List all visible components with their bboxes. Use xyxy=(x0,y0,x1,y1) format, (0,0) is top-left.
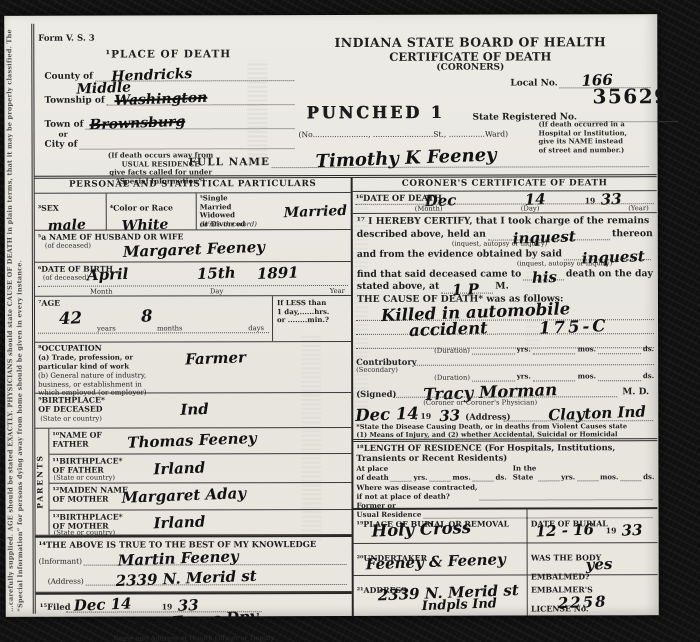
informant-address-handwriting: 2339 N. Merid st xyxy=(115,567,257,590)
dob-month-handwriting: April xyxy=(87,265,129,285)
certify-blank-inquest-1: inquest xyxy=(488,229,610,240)
town-blank: Brownsburg xyxy=(85,117,294,130)
mos-caption: mos. xyxy=(600,473,618,482)
embalmer-license-cell: EMBALMER'S LICENSE No. 2258 xyxy=(528,575,658,615)
dod-month-caption: (Month) xyxy=(415,205,443,213)
duration-blank xyxy=(472,372,515,381)
date-of-burial-handwriting: 12 - 16 xyxy=(535,520,594,540)
duration-blank xyxy=(598,372,641,381)
date-of-death-row: ¹⁶DATE OF DEATH Dec 14 19 33 (Month) (Da… xyxy=(353,191,657,214)
age-main-cell: ⁷AGE 42 years 8 months days xyxy=(35,296,273,342)
certify-line-5a: stated above, at xyxy=(357,281,439,294)
township-line: Township of Middle Washington xyxy=(44,93,296,106)
burial-grid: ¹⁹PLACE OF BURIAL OR REMOVAL Holy Cross … xyxy=(354,507,658,616)
embalmed-cell: WAS THE BODY EMBALMED? yes xyxy=(528,543,658,574)
in-state-label: In the State xyxy=(513,464,537,481)
duration-blank xyxy=(533,345,576,354)
birthplace-deceased-sublabel: (State or country) xyxy=(40,415,102,423)
duration-line-2: (Duration) yrs. mos. ds. xyxy=(356,372,654,382)
duration-caption-2: (Duration) xyxy=(434,373,470,381)
ds-caption: ds. xyxy=(643,346,654,355)
certificate-form: Form V. S. 3 ¹PLACE OF DEATH County of H… xyxy=(31,22,658,614)
personal-section-title: PERSONAL AND STATISTICAL PARTICULARS xyxy=(35,178,351,194)
age-years-handwriting: 42 xyxy=(59,308,83,328)
cause-handwriting-2: accident xyxy=(409,318,488,340)
informant-handwriting: Martin Feeney xyxy=(118,547,240,570)
certify-line-2: described above, held an inquest thereon xyxy=(357,228,653,241)
residence-blank xyxy=(577,473,598,481)
race-cell: ⁴Color or Race White xyxy=(107,193,197,229)
signed-block: (Signed) Tracy Morman M. D. (Coroner or … xyxy=(353,382,657,422)
occupation-row: ⁸OCCUPATION (a) Trade, profession, or pa… xyxy=(35,342,351,394)
place-of-burial-handwriting: Holy Cross xyxy=(371,518,471,541)
cause-line-2 xyxy=(356,333,654,335)
dod-day-caption: (Day) xyxy=(521,204,540,212)
signed-year-handwriting: 33 xyxy=(439,406,461,425)
place-of-burial-cell: ¹⁹PLACE OF BURIAL OR REMOVAL Holy Cross xyxy=(354,509,528,542)
informant-line: (Informant) Martin Feeney xyxy=(36,553,352,566)
embalmed-handwriting: yes xyxy=(586,555,613,574)
informant-blank: Martin Feeney xyxy=(84,553,347,566)
parents-vertical-label: PARENTS xyxy=(35,429,49,535)
undertaker-cell: ²⁰UNDERTAKER Feeney & Feeney xyxy=(354,543,528,574)
city-blank xyxy=(80,137,295,150)
burial-year-prefix: 19 xyxy=(606,526,617,535)
date-of-burial-cell: DATE OF BURIAL 12 - 16 19 33 xyxy=(528,509,658,542)
margin-instruction-note: …carefully supplied. AGE should be state… xyxy=(5,20,29,612)
dob-day-caption: Day xyxy=(210,287,223,295)
father-name-handwriting: Thomas Feeney xyxy=(127,429,257,452)
health-officer-caption: Name and Address of Health Officer or De… xyxy=(36,634,352,642)
residence-duration-line: At place of death yrs. mos. ds. In the S… xyxy=(353,464,657,482)
father-birthplace-sublabel: (State or country) xyxy=(53,474,115,482)
informant-address-blank: 2339 N. Merid st xyxy=(86,573,347,586)
contracted-blank xyxy=(479,491,652,500)
certify-line-1: ¹⁷ I HEREBY CERTIFY, that I took charge … xyxy=(357,215,653,228)
city-line: City of xyxy=(45,137,297,150)
sex-label: ³SEX xyxy=(38,204,59,213)
mos-caption: mos. xyxy=(452,473,470,482)
mother-maiden-handwriting: Margaret Aday xyxy=(121,484,246,507)
occupation-label: ⁸OCCUPATION xyxy=(38,344,102,353)
age-blank-line xyxy=(38,332,269,334)
duration-blank xyxy=(598,345,641,354)
date-of-birth-row: ⁶DATE OF BIRTH (of deceased) April 15th … xyxy=(35,262,351,297)
father-birthplace-label: ¹¹BIRTHPLACE* OF FATHER xyxy=(52,457,122,475)
residence-blank xyxy=(430,474,451,482)
residence-blank xyxy=(538,473,559,481)
spouse-sublabel: (of deceased) xyxy=(45,242,91,250)
duration-blank xyxy=(472,345,515,354)
certify-paragraph: ¹⁷ I HEREBY CERTIFY, that I took charge … xyxy=(353,213,657,306)
yrs-caption: yrs. xyxy=(517,373,531,382)
certify-line-5: stated above, at 1 P M. xyxy=(357,280,653,293)
embalmer-license-handwriting: 2258 xyxy=(558,592,608,612)
board-title: INDIANA STATE BOARD OF HEALTH xyxy=(294,34,646,50)
occupation-handwriting: Farmer xyxy=(185,348,246,368)
ds-caption: ds. xyxy=(643,372,654,381)
certify-line-4a: find that said deceased came to xyxy=(357,268,522,281)
violent-causes-footnote: *State the Disease Causing Death, or in … xyxy=(353,421,657,439)
filed-year-prefix: 19 xyxy=(162,602,173,611)
certify-line-2b: thereon xyxy=(612,228,653,241)
county-line: County of Hendricks xyxy=(44,69,296,82)
age-years-caption: years xyxy=(97,325,116,333)
spouse-label: ⁵a NAME OF HUSBAND OR WIFE xyxy=(38,232,184,241)
md-label: M. D. xyxy=(622,387,649,397)
coroners-certificate-section: CORONER'S CERTIFICATE OF DEATH ¹⁶DATE OF… xyxy=(353,177,658,616)
birthplace-deceased-row: ⁹BIRTHPLACE* OF DECEASED (State or count… xyxy=(35,393,351,429)
residence-blank xyxy=(473,474,494,482)
at-place-label: At place of death xyxy=(356,465,388,482)
marital-cell: ⁵Single Married Widowed or Divorced (Wri… xyxy=(197,193,351,229)
residence-blank xyxy=(391,474,412,482)
informant-address-line: (Address) 2339 N. Merid st xyxy=(36,573,352,586)
signed-label: (Signed) xyxy=(356,389,396,399)
undertaker-address-cell: ²¹ADDRESS 2339 N. Merid st Indpls Ind xyxy=(354,575,528,615)
town-line: Town of Brownsburg xyxy=(44,117,296,130)
certificate-paper: …carefully supplied. AGE should be state… xyxy=(4,14,659,617)
race-label: ⁴Color or Race xyxy=(110,203,173,212)
if-less-than-day-cell: If LESS than 1 day,......hrs. or .......… xyxy=(273,296,351,341)
duration-line-1: (Duration) yrs. mos. ds. xyxy=(356,345,654,355)
mother-maiden-label: ¹²MAIDEN NAME OF MOTHER xyxy=(52,486,127,504)
hospital-instruction-note: (If death occurred in a Hospital or Inst… xyxy=(538,120,680,155)
undertaker-handwriting: Feeney & Feeney xyxy=(365,550,506,573)
dod-year-handwriting: 33 xyxy=(600,189,622,208)
yrs-caption: yrs. xyxy=(561,473,575,482)
mother-maiden-row: ¹²MAIDEN NAME OF MOTHER Margaret Aday xyxy=(49,483,351,511)
birthplace-deceased-handwriting: Ind xyxy=(180,400,209,419)
mos-caption: mos. xyxy=(578,373,596,382)
certificate-header: Form V. S. 3 ¹PLACE OF DEATH County of H… xyxy=(34,22,656,176)
township-label: Township of xyxy=(44,96,104,106)
place-of-death-title: ¹PLACE OF DEATH xyxy=(52,48,284,61)
burial-row: ¹⁹PLACE OF BURIAL OR REMOVAL Holy Cross … xyxy=(354,509,658,544)
full-name-blank: Timothy K Feeney xyxy=(272,152,649,168)
certify-line-4b: death on the day xyxy=(566,268,653,281)
inquest-handwriting-2: inquest xyxy=(581,250,644,265)
undertaker-address-handwriting-2: Indpls Ind xyxy=(422,596,498,614)
local-no-label: Local No. xyxy=(510,78,557,88)
certify-line-3: and from the evidence obtained by said i… xyxy=(357,248,653,261)
dob-day-handwriting: 15th xyxy=(197,264,236,283)
state-registered-number-stamp: 35629 xyxy=(592,84,669,108)
informant-address-label: (Address) xyxy=(48,577,84,586)
cause-code-handwriting: 175-C xyxy=(539,316,609,338)
certify-line-4: find that said deceased came to his deat… xyxy=(357,268,653,281)
dob-year-caption: Year xyxy=(330,287,345,295)
sex-race-marital-row: ³SEX male ⁴Color or Race White ⁵Single M… xyxy=(35,193,351,231)
certify-blank-hour: 1 P xyxy=(441,282,493,293)
birthplace-deceased-label: ⁹BIRTHPLACE* OF DECEASED xyxy=(38,396,105,414)
yrs-caption: yrs. xyxy=(517,346,531,355)
disease-contracted-line: Where was disease contracted, if not at … xyxy=(353,483,657,501)
his-handwriting: his xyxy=(531,270,557,283)
burial-year-handwriting: 33 xyxy=(621,521,643,540)
contributory-blank xyxy=(415,364,654,366)
residence-blank xyxy=(620,473,641,481)
signed-date-handwriting: Dec 14 xyxy=(355,403,419,424)
informant-label: (Informant) xyxy=(39,557,82,566)
sex-cell: ³SEX male xyxy=(35,194,107,230)
cause-of-death-block: Killed in automobile accident 175-C (Dur… xyxy=(353,305,657,356)
informant-block: ¹⁴THE ABOVE IS TRUE TO THE BEST OF MY KN… xyxy=(36,535,352,593)
city-label: City of xyxy=(45,140,78,150)
mos-caption: mos. xyxy=(578,346,596,355)
occupation-a-label: (a) Trade, profession, or particular kin… xyxy=(38,354,133,371)
mother-birthplace-handwriting: Irland xyxy=(153,512,205,532)
father-birthplace-handwriting: Irland xyxy=(153,458,205,478)
coroner-caption: (Coroner or Coroner's Physician) xyxy=(423,398,537,406)
hour-handwriting: 1 P xyxy=(451,283,478,297)
dob-blank-line xyxy=(38,285,348,287)
town-struck-handwriting: Brownsburg xyxy=(89,114,185,134)
township-struck-handwriting: Washington xyxy=(114,90,207,109)
age-months-handwriting: 8 xyxy=(141,306,153,325)
length-of-residence-block: ¹⁸LENGTH OF RESIDENCE (For Hospitals, In… xyxy=(353,438,657,508)
disease-contracted-label: Where was disease contracted, if not at … xyxy=(356,484,477,501)
undertaker-row: ²⁰UNDERTAKER Feeney & Feeney WAS THE BOD… xyxy=(354,543,658,576)
marital-hint: (Write the word) xyxy=(200,220,257,228)
personal-statistical-section: PERSONAL AND STATISTICAL PARTICULARS ³SE… xyxy=(35,178,354,617)
mother-birthplace-row: ¹³BIRTHPLACE* OF MOTHER (State or countr… xyxy=(50,510,352,537)
marital-handwriting: Married xyxy=(283,203,347,221)
duration-caption-1: (Duration) xyxy=(434,347,470,355)
filed-label: ¹⁵Filed xyxy=(40,602,71,612)
dob-sublabel: (of deceased) xyxy=(43,274,89,282)
contributory-block: Contributory (Secondary) (Duration) yrs.… xyxy=(353,355,657,383)
age-label: ⁷AGE xyxy=(38,299,60,308)
form-number: Form V. S. 3 xyxy=(38,34,94,44)
town-label: Town of xyxy=(44,120,83,130)
certify-blank-inquest-2: inquest xyxy=(564,249,651,260)
parents-rows: ¹⁰NAME OF FATHER Thomas Feeney ¹¹BIRTHPL… xyxy=(49,428,351,535)
punched-stamp: PUNCHED 1 xyxy=(306,102,444,122)
ds-caption: ds. xyxy=(643,473,654,482)
ds-caption: ds. xyxy=(496,473,507,482)
age-months-caption: months xyxy=(157,324,183,332)
age-days-caption: days xyxy=(248,324,264,332)
father-name-row: ¹⁰NAME OF FATHER Thomas Feeney xyxy=(49,428,351,455)
spouse-row: ⁵a NAME OF HUSBAND OR WIFE (of deceased)… xyxy=(35,230,351,263)
street-ward-line: (No......................., ............… xyxy=(299,129,541,139)
dod-year-caption: (Year) xyxy=(628,204,649,212)
father-name-label: ¹⁰NAME OF FATHER xyxy=(52,431,102,449)
undertaker-address-row: ²¹ADDRESS 2339 N. Merid st Indpls Ind EM… xyxy=(354,575,658,616)
age-row: ⁷AGE 42 years 8 months days If LESS than… xyxy=(35,296,351,343)
dob-month-caption: Month xyxy=(90,288,113,296)
certify-blank-his: his xyxy=(523,269,563,280)
inquest-handwriting-1: inquest xyxy=(512,230,575,245)
yrs-caption: yrs. xyxy=(413,473,427,482)
full-name-handwriting: Timothy K Feeney xyxy=(316,144,498,172)
full-name-label: FULL NAME xyxy=(189,156,270,168)
full-name-line: FULL NAME Timothy K Feeney xyxy=(189,152,651,168)
filed-block: ¹⁵Filed Dec 14 19 33 W F Evans Dpy Name … xyxy=(36,592,352,642)
county-label: County of xyxy=(44,72,93,82)
signed-year-prefix: , 19 xyxy=(415,411,431,420)
residence-label: ¹⁸LENGTH OF RESIDENCE (For Hospitals, In… xyxy=(353,441,657,463)
dob-year-handwriting: 1891 xyxy=(257,263,299,283)
parents-block: PARENTS ¹⁰NAME OF FATHER Thomas Feeney ¹… xyxy=(35,428,351,536)
scanned-death-certificate: …carefully supplied. AGE should be state… xyxy=(0,0,700,642)
township-blank: Middle Washington xyxy=(107,93,295,105)
father-birthplace-row: ¹¹BIRTHPLACE* OF FATHER (State or countr… xyxy=(49,454,351,484)
certificate-body: PERSONAL AND STATISTICAL PARTICULARS ³SE… xyxy=(35,174,658,617)
certify-line-5b: M. xyxy=(495,281,509,294)
